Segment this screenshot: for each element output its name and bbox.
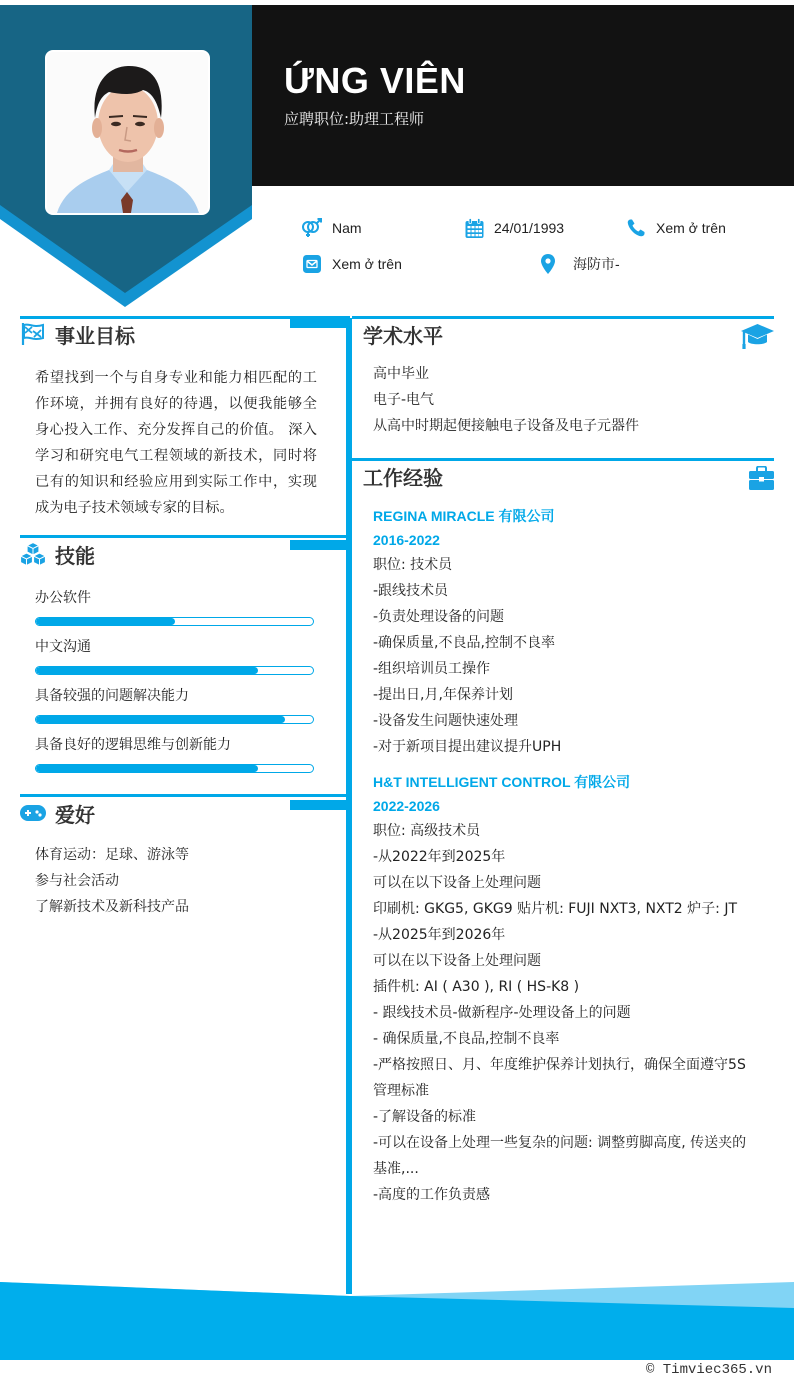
job-period: 2016-2022 (373, 528, 753, 552)
skill-bar (35, 666, 314, 675)
briefcase-icon (749, 466, 774, 494)
hobbies-title: 爱好 (55, 799, 95, 828)
job-entry: REGINA MIRACLE 有限公司 2016-2022 职位: 技术员 -跟… (373, 504, 753, 760)
cv-page: ỨNG VIÊN 应聘职位:助理工程师 Nam 24/01/1993 Xem ở… (0, 0, 800, 1386)
job-company: REGINA MIRACLE 有限公司 (373, 504, 753, 528)
skill-label: 办公软件 (35, 587, 315, 607)
skill-bar-fill (36, 716, 285, 723)
cubes-icon (20, 541, 46, 567)
job-line: 职位: 高级技术员 (373, 818, 753, 844)
skill-bar-fill (36, 667, 258, 674)
copyright: © Timviec365.vn (646, 1362, 772, 1378)
education-item: 高中毕业 (373, 361, 639, 387)
skill-item: 中文沟通 (35, 636, 315, 675)
job-line: - 跟线技术员-做新程序-处理设备上的问题 (373, 1000, 753, 1026)
gender-value: Nam (332, 220, 362, 236)
email-value: Xem ở trên (332, 256, 402, 272)
contact-email: Xem ở trên (301, 253, 402, 275)
address-value: 海防市- (573, 254, 620, 274)
skill-item: 办公软件 (35, 587, 315, 626)
contact-birthday: 24/01/1993 (463, 217, 564, 239)
objective-tab (290, 318, 348, 328)
graduation-cap-icon (741, 322, 774, 354)
hobbies-list: 体育运动：足球、游泳等 参与社会活动 了解新技术及新科技产品 (35, 842, 189, 920)
skill-item: 具备良好的逻辑思维与创新能力 (35, 734, 315, 773)
map-pin-icon (537, 253, 559, 275)
footer-band (0, 1280, 794, 1360)
envelope-icon (301, 253, 323, 275)
hobbies-top-line (20, 794, 350, 797)
skill-item: 具备较强的问题解决能力 (35, 685, 315, 724)
job-line: 可以在以下设备上处理问题 (373, 948, 753, 974)
objective-title: 事业目标 (55, 320, 135, 349)
job-company: H&T INTELLIGENT CONTROL 有限公司 (373, 770, 753, 794)
experience-heading: 工作经验 (363, 462, 443, 490)
education-list: 高中毕业 电子-电气 从高中时期起便接触电子设备及电子元器件 (373, 361, 639, 439)
skills-heading: 技能 (20, 540, 95, 568)
contact-phone: Xem ở trên (625, 217, 726, 239)
skill-bar (35, 617, 314, 626)
gender-icon (301, 217, 323, 239)
job-line: -提出日,月,年保养计划 (373, 682, 753, 708)
experience-title: 工作经验 (363, 462, 443, 491)
applied-position: 应聘职位:助理工程师 (284, 108, 424, 129)
job-line: 可以在以下设备上处理问题 (373, 870, 753, 896)
job-line: - 确保质量,不良品,控制不良率 (373, 1026, 753, 1052)
education-item: 从高中时期起便接触电子设备及电子元器件 (373, 413, 639, 439)
skills-top-line (20, 535, 350, 538)
job-period: 2022-2026 (373, 794, 753, 818)
flag-icon (20, 321, 46, 347)
skill-bar-fill (36, 618, 175, 625)
job-line: -从2022年到2025年 (373, 844, 753, 870)
job-line: 印刷机: GKG5, GKG9 贴片机: FUJI NXT3, NXT2 炉子:… (373, 896, 753, 922)
objective-text: 希望找到一个与自身专业和能力相匹配的工作环境，并拥有良好的待遇，以便我能够全身心… (35, 365, 317, 521)
education-heading: 学术水平 (363, 320, 443, 348)
candidate-name: ỨNG VIÊN (284, 60, 466, 102)
skills-title: 技能 (55, 540, 95, 569)
hobby-item: 参与社会活动 (35, 868, 189, 894)
job-line: -对于新项目提出建议提升UPH (373, 734, 753, 760)
skill-label: 具备良好的逻辑思维与创新能力 (35, 734, 315, 754)
avatar-photo (45, 50, 210, 215)
job-line: -跟线技术员 (373, 578, 753, 604)
hobbies-tab (290, 800, 348, 810)
job-line: 插件机: AI ( A30 ), RI ( HS-K8 ) (373, 974, 753, 1000)
job-line: -负责处理设备的问题 (373, 604, 753, 630)
education-item: 电子-电气 (373, 387, 639, 413)
job-line: -从2025年到2026年 (373, 922, 753, 948)
job-entry: H&T INTELLIGENT CONTROL 有限公司 2022-2026 职… (373, 770, 753, 1208)
hobbies-heading: 爱好 (20, 799, 95, 827)
birthday-value: 24/01/1993 (494, 220, 564, 236)
job-line: -组织培训员工操作 (373, 656, 753, 682)
skill-bar (35, 764, 314, 773)
job-line: -高度的工作负责感 (373, 1182, 753, 1208)
gamepad-icon (20, 800, 46, 826)
job-line: -可以在设备上处理一些复杂的问题: 调整剪脚高度, 传送夹的基准,... (373, 1130, 753, 1182)
job-line: 职位: 技术员 (373, 552, 753, 578)
skill-bar-fill (36, 765, 258, 772)
job-line: -设备发生问题快速处理 (373, 708, 753, 734)
hobby-item: 了解新技术及新科技产品 (35, 894, 189, 920)
hobby-item: 体育运动：足球、游泳等 (35, 842, 189, 868)
education-title: 学术水平 (363, 320, 443, 349)
skills-tab (290, 540, 348, 550)
phone-value: Xem ở trên (656, 220, 726, 236)
job-line: -了解设备的标准 (373, 1104, 753, 1130)
contact-address: 海防市- (537, 253, 620, 275)
job-line: -严格按照日、月、年度维护保养计划执行，确保全面遵守5S管理标准 (373, 1052, 753, 1104)
calendar-icon (463, 217, 485, 239)
skill-label: 具备较强的问题解决能力 (35, 685, 315, 705)
skill-bar (35, 715, 314, 724)
phone-icon (625, 217, 647, 239)
skill-label: 中文沟通 (35, 636, 315, 656)
objective-heading: 事业目标 (20, 320, 135, 348)
contact-gender: Nam (301, 217, 362, 239)
job-line: -确保质量,不良品,控制不良率 (373, 630, 753, 656)
